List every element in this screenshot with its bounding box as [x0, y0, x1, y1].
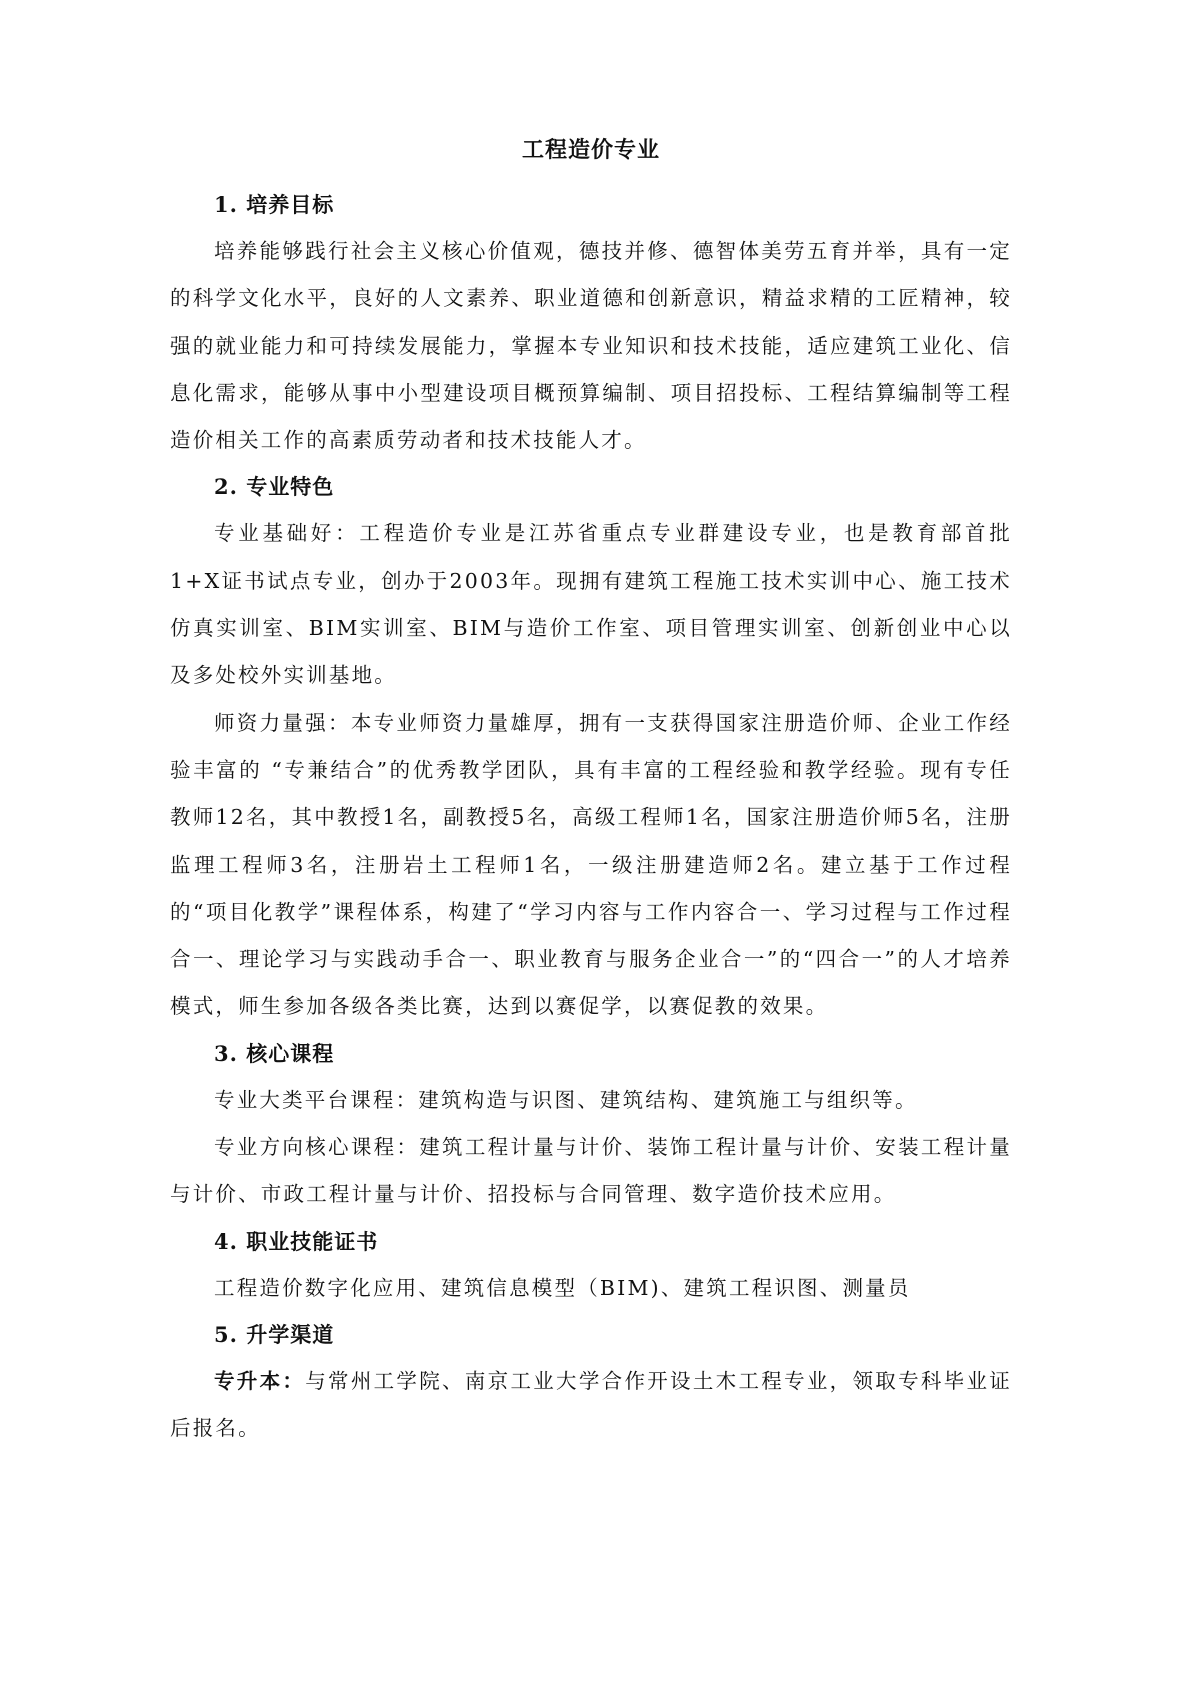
section-heading-goals: 1. 培养目标	[170, 182, 1012, 228]
paragraph-platform-courses: 专业大类平台课程：建筑构造与识图、建筑结构、建筑施工与组织等。	[170, 1077, 1012, 1124]
section-heading-courses: 3. 核心课程	[170, 1031, 1012, 1077]
paragraph-faculty: 师资力量强：本专业师资力量雄厚，拥有一支获得国家注册造价师、企业工作经验丰富的 …	[170, 700, 1012, 1031]
bold-lead-label: 专升本：	[214, 1369, 305, 1393]
paragraph-goals: 培养能够践行社会主义核心价值观，德技并修、德智体美劳五育并举，具有一定的科学文化…	[170, 228, 1012, 464]
section-heading-features: 2. 专业特色	[170, 464, 1012, 510]
paragraph-further-study: 专升本：与常州工学院、南京工业大学合作开设土木工程专业，领取专科毕业证后报名。	[170, 1358, 1012, 1453]
page-title: 工程造价专业	[170, 130, 1012, 170]
paragraph-core-courses: 专业方向核心课程：建筑工程计量与计价、装饰工程计量与计价、安装工程计量与计价、市…	[170, 1124, 1012, 1219]
paragraph-foundation: 专业基础好：工程造价专业是江苏省重点专业群建设专业，也是教育部首批1+X证书试点…	[170, 510, 1012, 699]
section-heading-certificates: 4. 职业技能证书	[170, 1219, 1012, 1265]
document-page: 工程造价专业 1. 培养目标 培养能够践行社会主义核心价值观，德技并修、德智体美…	[170, 130, 1012, 1453]
paragraph-certificates: 工程造价数字化应用、建筑信息模型（BIM)、建筑工程识图、测量员	[170, 1265, 1012, 1312]
section-heading-further-study: 5. 升学渠道	[170, 1312, 1012, 1358]
